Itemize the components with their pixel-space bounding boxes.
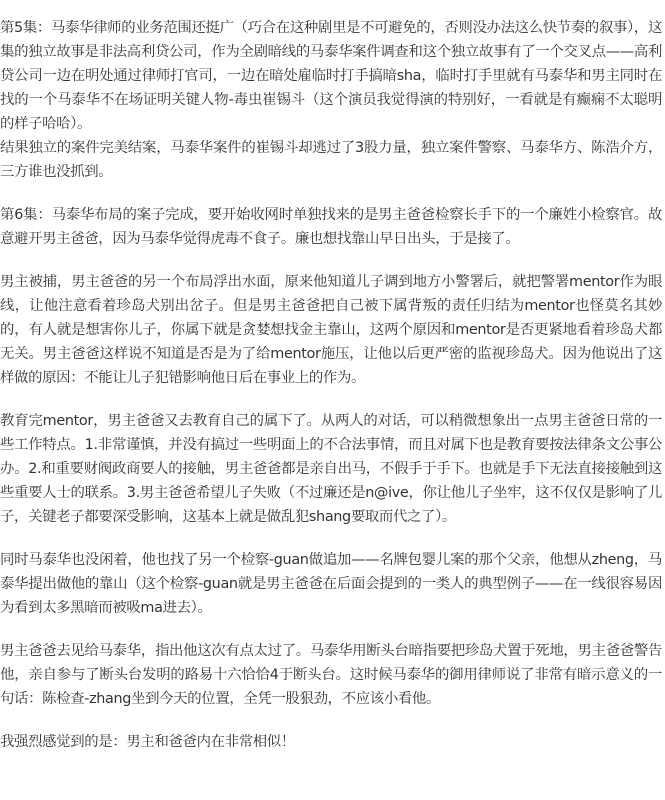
paragraph-spacer [0, 529, 662, 548]
paragraph-father-work-traits: 教育完mentor，男主爸爸又去教育自己的属下了。从两人的对话，可以稍微想象出一… [0, 409, 662, 529]
paragraph-spacer [0, 390, 662, 409]
paragraph-ma-taehwa-backer: 同时马泰华也没闲着，他也找了另一个检察-guan做追加——名牌包婴儿案的那个父亲… [0, 548, 662, 620]
paragraph-male-lead-arrested: 男主被捕，男主爸爸的另一个布局浮出水面，原来他知道儿子调到地方小警署后，就把警署… [0, 270, 662, 390]
paragraph-spacer [0, 711, 662, 730]
paragraph-conclusion: 我强烈感觉到的是：男主和爸爸内在非常相似！ [0, 730, 662, 754]
paragraph-episode-5-result: 结果独立的案件完美结案，马泰华案件的崔锡斗却逃过了3股力量，独立案件警察、马泰华… [0, 136, 662, 184]
paragraph-episode-5: 第5集：马泰华律师的业务范围还挺广（巧合在这种剧里是不可避免的，否则没办法这么快… [0, 16, 662, 136]
paragraph-guillotine-warning: 男主爸爸去见给马泰华，指出他这次有点太过了。马泰华用断头台暗指要把珍岛犬置于死地… [0, 639, 662, 711]
article-body: 第5集：马泰华律师的业务范围还挺广（巧合在这种剧里是不可避免的，否则没办法这么快… [0, 16, 662, 754]
paragraph-spacer [0, 184, 662, 203]
paragraph-episode-6: 第6集：马泰华布局的案子完成，要开始收网时单独找来的是男主爸爸检察长手下的一个廉… [0, 203, 662, 251]
paragraph-spacer [0, 251, 662, 270]
paragraph-spacer [0, 620, 662, 639]
